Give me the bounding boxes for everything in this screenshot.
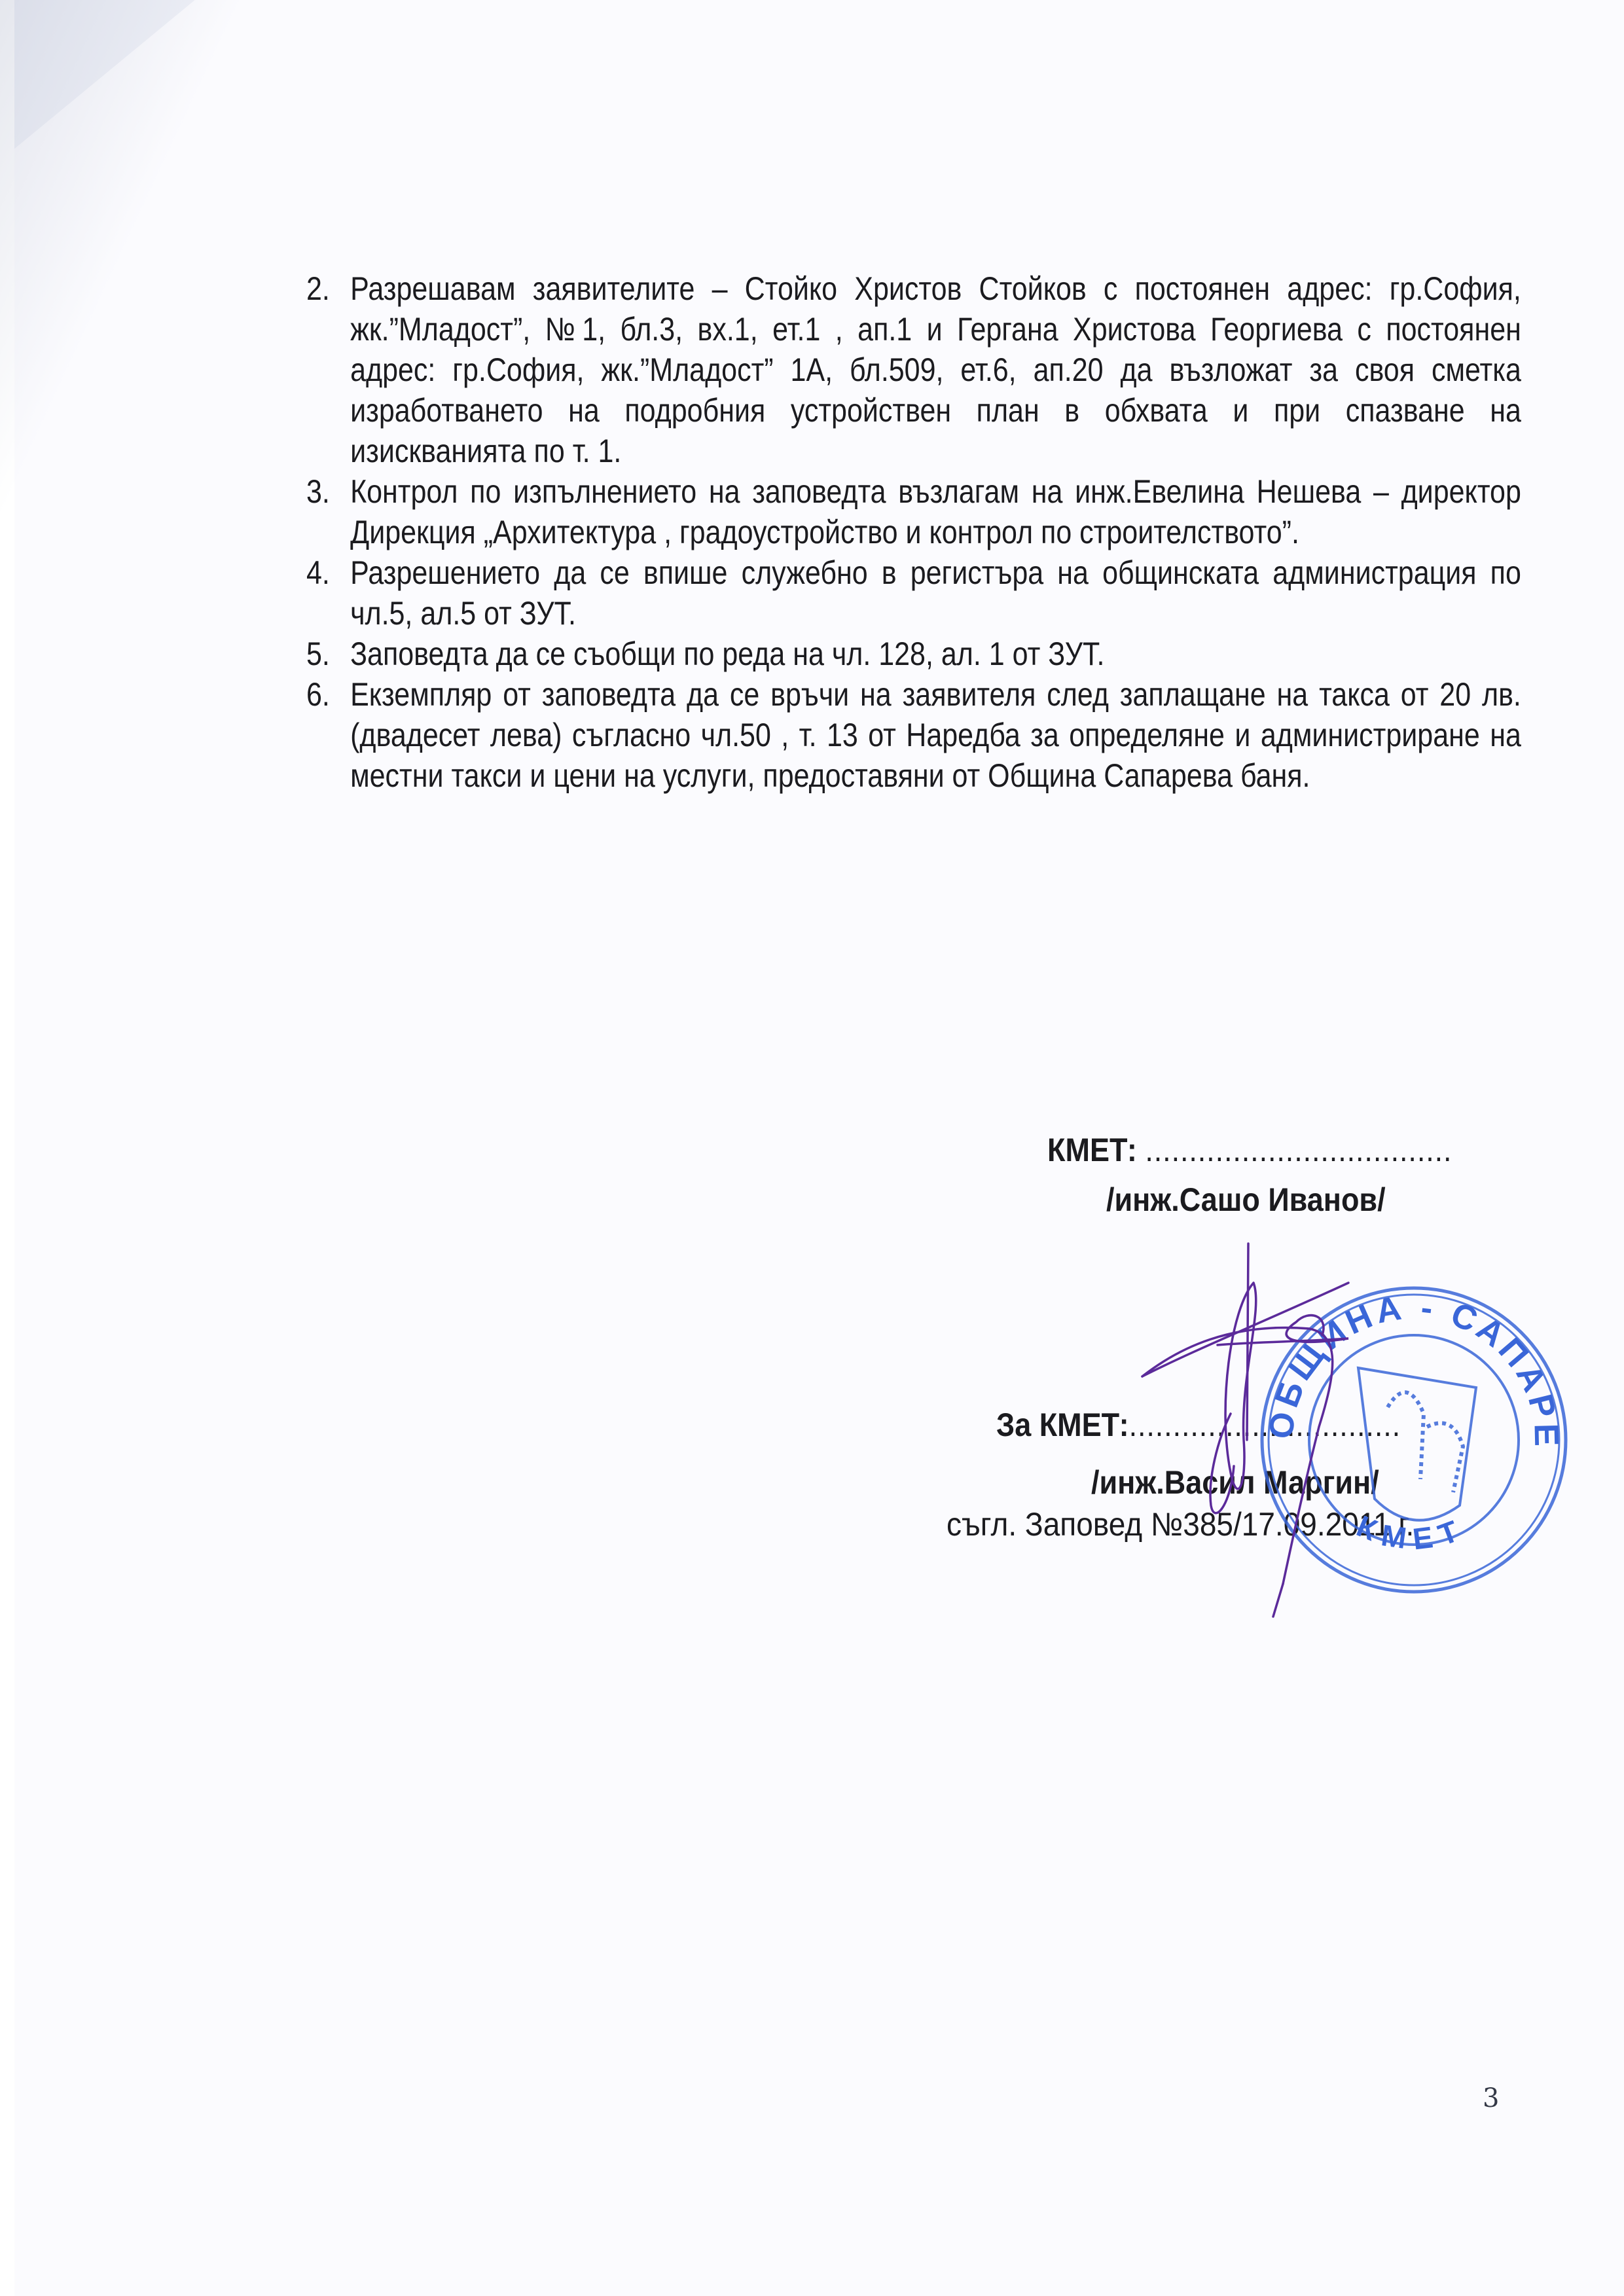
page-number: 3: [1483, 2083, 1499, 2113]
handwritten-signature-icon: [0, 0, 1624, 2296]
